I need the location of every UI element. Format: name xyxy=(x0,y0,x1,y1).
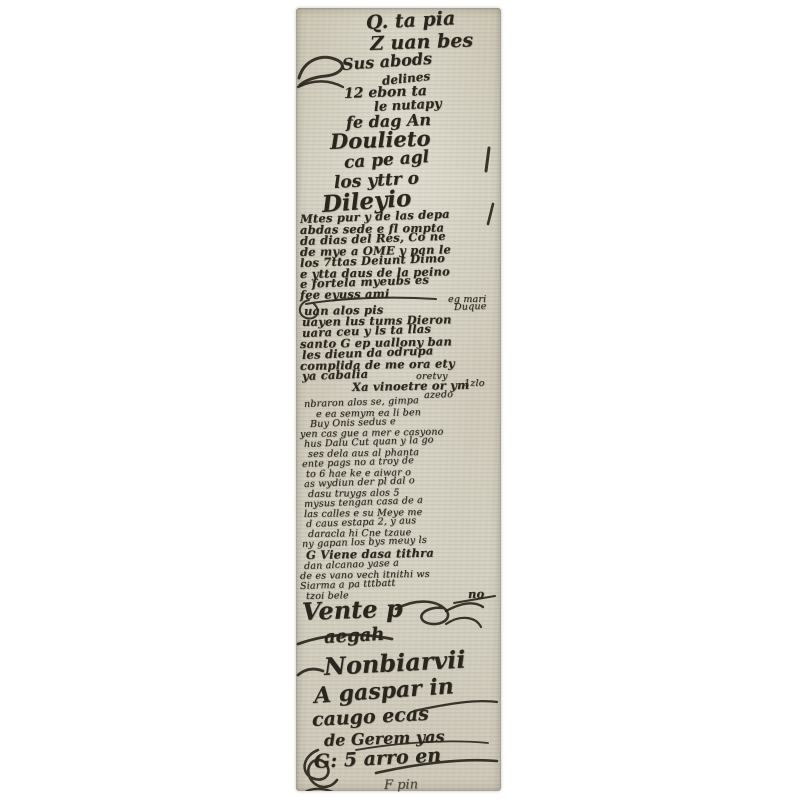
manuscript-line: G: 5 arro en xyxy=(314,746,442,772)
manuscript-line: aegah xyxy=(324,626,385,647)
manuscript-line: azedo xyxy=(424,390,453,401)
left-margin-swash-icon xyxy=(298,57,343,87)
manuscript-page: Q. ta pia Z uan bes Sus abods delines 12… xyxy=(296,8,501,791)
manuscript-line: no xyxy=(468,589,485,601)
right-edge-pen-strokes-icon xyxy=(486,148,493,224)
manuscript-line: 1zlo xyxy=(464,379,485,389)
manuscript-line: F pin xyxy=(384,778,418,792)
manuscript-line: fee eyuss ami xyxy=(300,288,390,301)
manuscript-line: Duque xyxy=(454,302,487,313)
nonbiarvii-dash-icon xyxy=(298,669,323,675)
manuscript-line: Vente p xyxy=(302,596,403,623)
manuscript-line: caugo ecas xyxy=(312,705,430,730)
photo-background: Q. ta pia Z uan bes Sus abods delines 12… xyxy=(0,0,800,800)
vente-flourish-icon xyxy=(396,602,483,627)
